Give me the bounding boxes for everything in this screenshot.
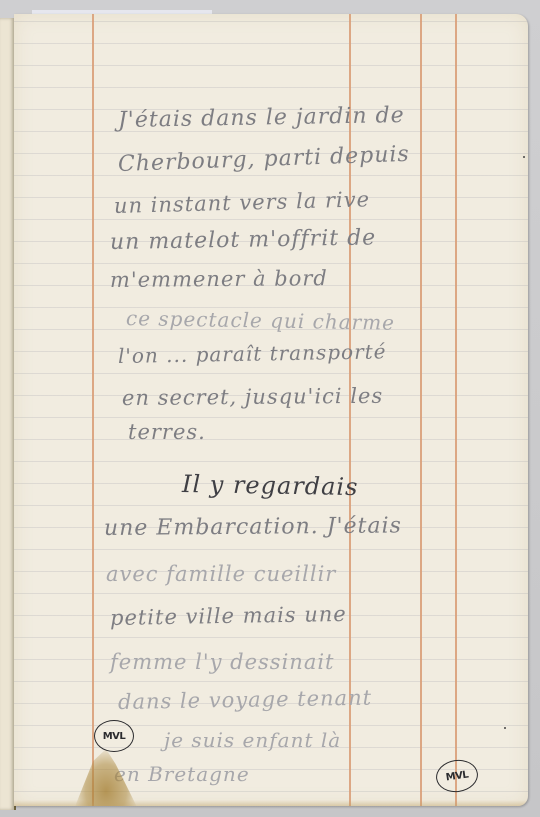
handwritten-line: avec famille cueillir (106, 562, 336, 586)
handwritten-line: ce spectacle qui charme (126, 306, 395, 335)
margin-rule-left (92, 14, 94, 806)
library-stamp-left: MVL (94, 720, 134, 752)
handwritten-line: petite ville mais une (110, 602, 347, 630)
handwritten-line: Il y regardais (182, 470, 359, 501)
handwritten-line: femme l'y dessinait (110, 650, 335, 674)
ink-dot (523, 156, 525, 158)
notebook-page: J'étais dans le jardin de Cherbourg, par… (14, 14, 528, 806)
handwritten-line: un matelot m'offrit de (110, 225, 377, 255)
column-rule-3 (455, 14, 457, 806)
handwritten-line: en secret, jusqu'ici les (122, 384, 383, 410)
stamp-label: MVL (103, 731, 126, 742)
handwritten-line: en Bretagne (114, 762, 250, 786)
ink-dot (504, 727, 506, 729)
handwritten-line: m'emmener à bord (110, 266, 328, 292)
handwritten-line: J'étais dans le jardin de (118, 103, 405, 133)
column-rule-2 (420, 14, 422, 806)
handwritten-line: l'on ... paraît transporté (118, 339, 387, 368)
handwritten-line: je suis enfant là (164, 728, 341, 752)
stamp-label: MVL (445, 769, 469, 783)
handwritten-line: dans le voyage tenant (118, 686, 372, 714)
handwritten-line: terres. (128, 420, 206, 444)
handwritten-line: une Embarcation. J'étais (104, 513, 402, 541)
